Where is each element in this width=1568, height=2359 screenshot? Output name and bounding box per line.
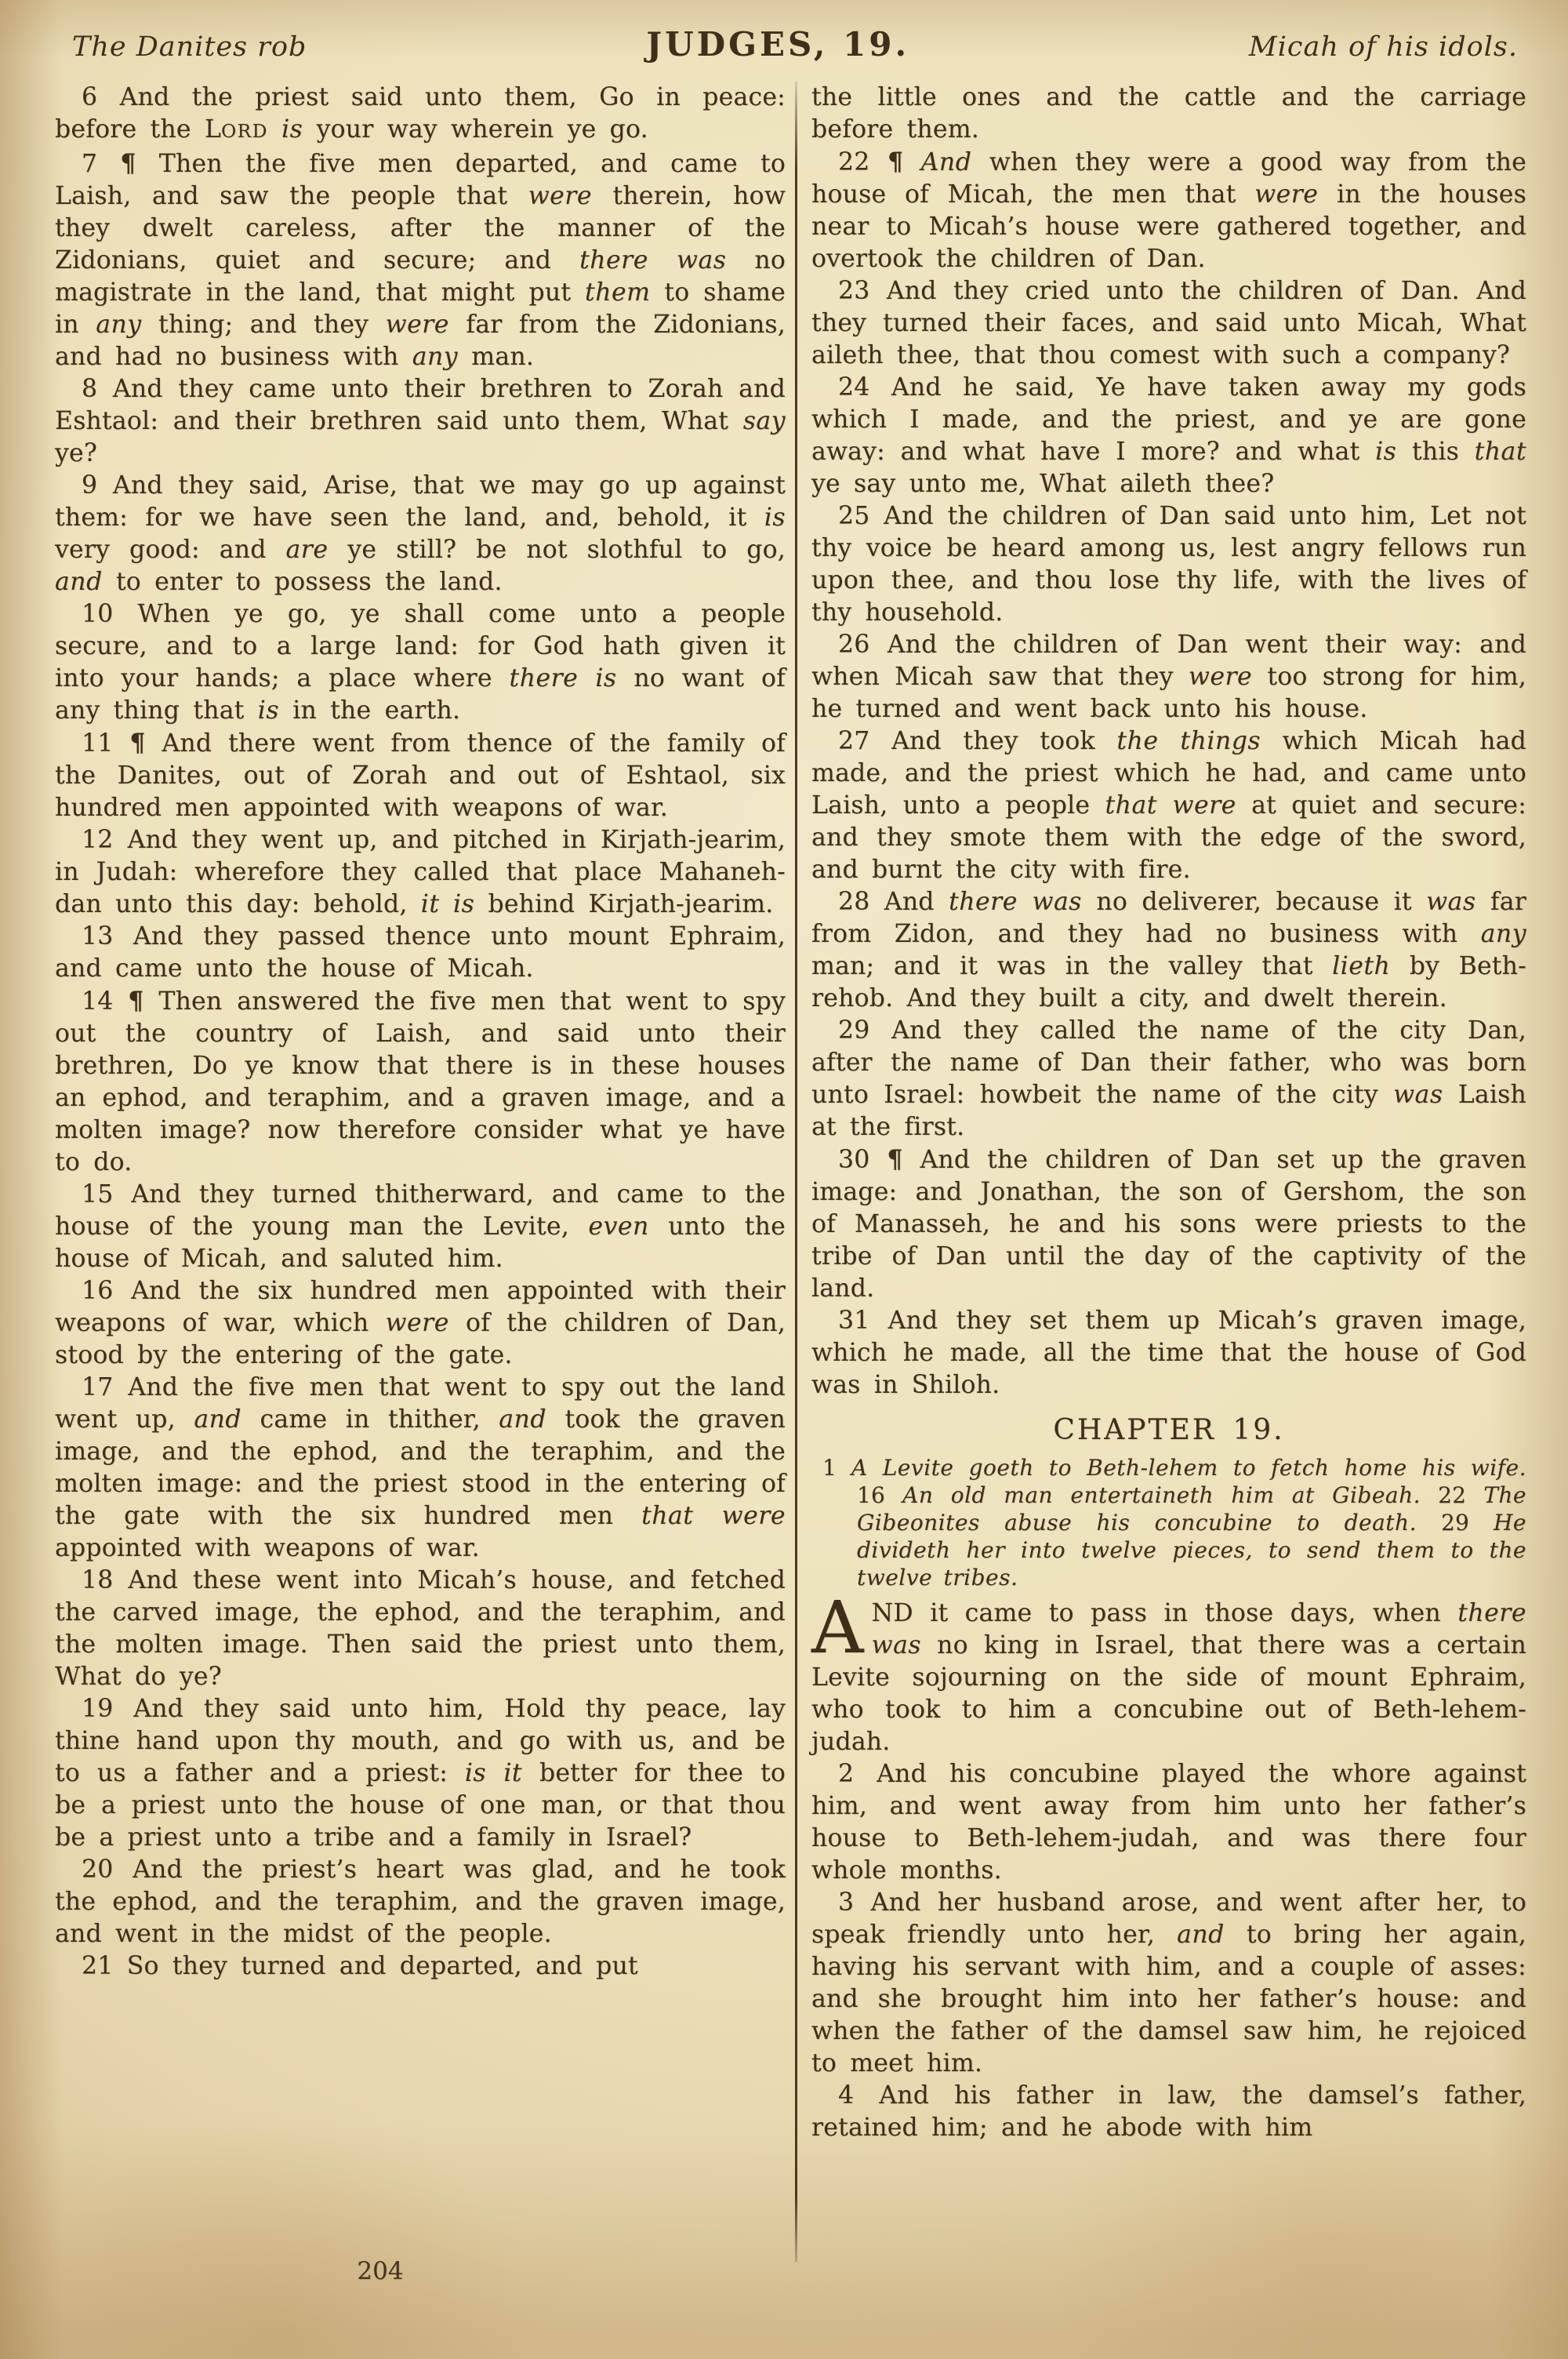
verse-number: 23 (838, 277, 869, 305)
verse: 11 ¶ And there went from thence of the f… (55, 727, 786, 824)
verse-number: 11 (82, 729, 113, 758)
running-head-right: Micah of his idols. (1249, 31, 1518, 63)
verse: 8 And they came unto their brethren to Z… (55, 373, 786, 470)
verse: 19 And they said unto him, Hold thy peac… (55, 1693, 786, 1854)
verse-number: 27 (838, 727, 869, 755)
verse-number: 19 (82, 1695, 113, 1723)
verse-number: 29 (838, 1016, 869, 1045)
verse: 10 When ye go, ye shall come unto a peop… (55, 598, 786, 727)
verse: 31 And they set them up Micah’s graven i… (811, 1305, 1526, 1401)
verse: 21 So they turned and departed, and put (55, 1950, 786, 1983)
verse: 3 And her husband arose, and went after … (811, 1887, 1526, 2080)
verse-number: 30 (838, 1146, 869, 1174)
drop-cap-initial: A (811, 1598, 872, 1656)
verse-number: 13 (82, 922, 113, 951)
verse: 6 And the priest said unto them, Go in p… (55, 82, 786, 147)
verse-number: 25 (838, 502, 869, 530)
verse: 2 And his concubine played the whore aga… (811, 1758, 1526, 1887)
verse-number: 31 (838, 1307, 869, 1335)
verse: 14 ¶ Then answered the five men that wen… (55, 985, 786, 1179)
chapter-heading: CHAPTER 19. (811, 1414, 1526, 1446)
drop-cap-verse: AND it came to pass in those days, when … (811, 1598, 1526, 1758)
verse-number: 4 (838, 2081, 854, 2110)
verse: 24 And he said, Ye have taken away my go… (811, 372, 1526, 500)
page-number: 204 (55, 2257, 706, 2285)
verse-number: 9 (82, 471, 97, 500)
verse: 27 And they took the things which Micah … (811, 725, 1526, 886)
verse: 9 And they said, Arise, that we may go u… (55, 470, 786, 598)
verse-number: 20 (82, 1856, 113, 1884)
verse: 7 ¶ Then the five men departed, and came… (55, 147, 786, 373)
running-head-left: The Danites rob (72, 31, 307, 63)
verse: 12 And they went up, and pitched in Kirj… (55, 824, 786, 921)
verse-number: 16 (82, 1277, 113, 1305)
verse-number: 14 (82, 987, 113, 1016)
verse-number: 3 (838, 1888, 854, 1917)
verse-number: 6 (82, 83, 97, 111)
verse: 28 And there was no deliverer, because i… (811, 886, 1526, 1015)
verse-number: 10 (82, 600, 113, 628)
verse: 26 And the children of Dan went their wa… (811, 629, 1526, 725)
verse: 18 And these went into Micah’s house, an… (55, 1565, 786, 1693)
bible-page: The Danites rob JUDGES, 19. Micah of his… (0, 0, 1568, 2359)
verse-number: 24 (838, 373, 869, 402)
verse-number: 26 (838, 631, 869, 659)
verse: 23 And they cried unto the children of D… (811, 275, 1526, 372)
verse: 16 And the six hundred men appointed wit… (55, 1275, 786, 1372)
verse-number: 8 (82, 375, 97, 403)
verse: 30 ¶ And the children of Dan set up the … (811, 1143, 1526, 1305)
verse: 17 And the five men that went to spy out… (55, 1372, 786, 1565)
verse: 13 And they passed thence unto mount Eph… (55, 921, 786, 985)
verse: 20 And the priest’s heart was glad, and … (55, 1854, 786, 1950)
verse-number: 22 (838, 148, 869, 176)
page-header: The Danites rob JUDGES, 19. Micah of his… (55, 17, 1535, 74)
text-columns: 6 And the priest said unto them, Go in p… (55, 82, 1535, 2262)
verse-number: 21 (82, 1952, 113, 1980)
verse: 25 And the children of Dan said unto him… (811, 500, 1526, 629)
book-chapter-title: JUDGES, 19. (646, 25, 909, 64)
verse: 29 And they called the name of the city … (811, 1015, 1526, 1143)
verse-number: 17 (82, 1373, 113, 1401)
chapter-argument: 1 A Levite goeth to Beth-lehem to fetch … (811, 1454, 1526, 1591)
verse-number: 2 (838, 1760, 854, 1788)
verse-number: 7 (82, 150, 97, 178)
verse-number: 28 (838, 888, 869, 916)
verse-continuation: the little ones and the cattle and the c… (811, 82, 1526, 146)
right-column: the little ones and the cattle and the c… (797, 82, 1526, 2262)
verse-number: 18 (82, 1566, 113, 1594)
verse: 22 ¶ And when they were a good way from … (811, 146, 1526, 275)
verse-number: 12 (82, 826, 113, 854)
verse: 15 And they turned thitherward, and came… (55, 1179, 786, 1275)
verse: 4 And his father in law, the damsel’s fa… (811, 2080, 1526, 2144)
verse-number: 15 (82, 1180, 113, 1209)
left-column: 6 And the priest said unto them, Go in p… (55, 82, 795, 2262)
